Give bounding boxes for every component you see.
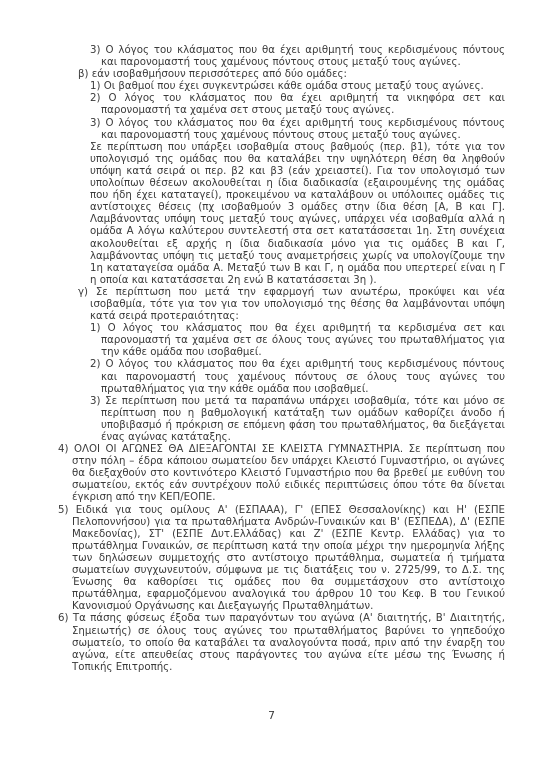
list-item: β)εάν ισοβαθμήσουν περισσότερες από δύο … [0,69,505,81]
list-item: γ)Σε περίπτωση που μετά την εφαρμογή των… [0,287,505,323]
list-item-marker: 4) [58,444,74,455]
list-item: 2)Ο λόγος του κλάσματος που θα έχει αριθ… [0,359,505,395]
list-item-text: ΟΛΟΙ ΟΙ ΑΓΩΝΕΣ ΘΑ ΔΙΕΞΑΓΟΝΤΑΙ ΣΕ ΚΛΕΙΣΤΑ… [72,444,505,503]
list-item-marker: 3) [90,396,105,407]
list-item: 6)Τα πάσης φύσεως έξοδα των παραγόντων τ… [0,613,505,673]
list-item: 5)Ειδικά για τους ομίλους Α' (ΕΣΠΑΑΑ), Γ… [0,505,505,614]
list-item: 3)Ο λόγος του κλάσματος που θα έχει αριθ… [0,118,505,142]
list-item-marker: β) [78,69,92,80]
list-item-text: Ο λόγος του κλάσματος που θα έχει αριθμη… [101,45,505,68]
list-item-marker: 5) [58,505,76,516]
list-item: 2)Ο λόγος του κλάσματος που θα έχει αριθ… [0,93,505,117]
paragraph: Σε περίπτωση που υπάρξει ισοβαθμία στους… [0,142,505,287]
list-item: 4)ΟΛΟΙ ΟΙ ΑΓΩΝΕΣ ΘΑ ΔΙΕΞΑΓΟΝΤΑΙ ΣΕ ΚΛΕΙΣ… [0,444,505,504]
list-item-marker: 1) [90,81,104,92]
list-item-marker: γ) [78,287,96,298]
list-item-marker: 1) [90,323,108,334]
list-item-text: Ο λόγος του κλάσματος που θα έχει αριθμη… [101,118,505,141]
list-item-marker: 2) [90,93,109,104]
list-item: 3)Σε περίπτωση που μετά τα παραπάνω υπάρ… [0,396,505,444]
list-item-text: Σε περίπτωση που μετά τα παραπάνω υπάρχε… [101,396,505,443]
list-item-text: Ο λόγος του κλάσματος που θα έχει αριθμη… [101,359,505,394]
paragraph-text: Σε περίπτωση που υπάρξει ισοβαθμία στους… [90,142,505,286]
page-number: 7 [0,710,543,722]
list-item: 1)Ο λόγος του κλάσματος που θα έχει αριθ… [0,323,505,359]
list-item-marker: 3) [90,118,105,129]
list-item-text: Ο λόγος του κλάσματος που θα έχει αριθμη… [101,323,505,358]
list-item-marker: 3) [90,45,105,56]
document-page: 3)Ο λόγος του κλάσματος που θα έχει αριθ… [0,0,543,768]
list-item-marker: 2) [90,359,105,370]
list-item-text: Ο λόγος του κλάσματος που θα έχει αριθμη… [101,93,505,116]
list-item-text: Σε περίπτωση που μετά την εφαρμογή των α… [90,287,505,322]
list-item-text: Ειδικά για τους ομίλους Α' (ΕΣΠΑΑΑ), Γ' … [72,505,505,613]
list-item-marker: 6) [58,613,73,624]
list-item-text: Οι βαθμοί που έχει συγκεντρώσει κάθε ομά… [104,81,484,92]
list-item: 1)Οι βαθμοί που έχει συγκεντρώσει κάθε ο… [0,81,505,93]
list-item-text: εάν ισοβαθμήσουν περισσότερες από δύο ομ… [92,69,347,80]
list-item-text: Τα πάσης φύσεως έξοδα των παραγόντων του… [72,613,505,672]
document-body: 3)Ο λόγος του κλάσματος που θα έχει αριθ… [0,45,543,674]
list-item: 3)Ο λόγος του κλάσματος που θα έχει αριθ… [0,45,505,69]
